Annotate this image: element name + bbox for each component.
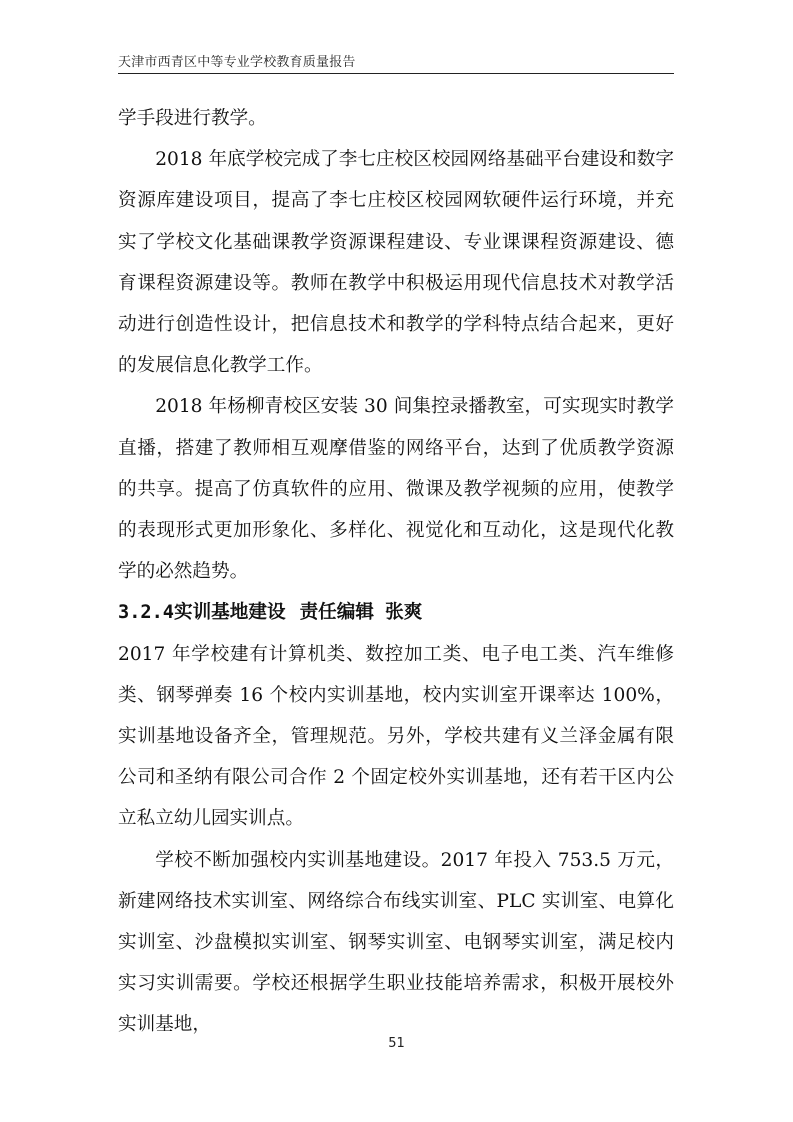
- running-header-title: 天津市西青区中等专业学校教育质量报告: [118, 51, 356, 70]
- section-title: 实训基地建设: [174, 602, 286, 623]
- section-heading: 3.2.4实训基地建设责任编辑 张爽: [118, 592, 674, 633]
- editor-label: 责任编辑: [300, 602, 374, 623]
- page-number: 51: [0, 1036, 793, 1051]
- paragraph-digital-resources: 2018 年底学校完成了李七庄校区校园网络基础平台建设和数字资源库建设项目，提高…: [118, 139, 674, 386]
- editor-name: 张爽: [385, 602, 422, 623]
- paragraph-continuation: 学手段进行教学。: [118, 98, 674, 139]
- paragraph-recording-classrooms: 2018 年杨柳青校区安装 30 间集控录播教室，可实现实时教学直播，搭建了教师…: [118, 386, 674, 592]
- paragraph-training-investment: 学校不断加强校内实训基地建设。2017 年投入 753.5 万元，新建网络技术实…: [118, 840, 674, 1046]
- section-number: 3.2.4: [118, 602, 174, 623]
- header-divider: [118, 73, 674, 74]
- paragraph-training-bases: 2017 年学校建有计算机类、数控加工类、电子电工类、汽车维修类、钢琴弹奏 16…: [118, 634, 674, 840]
- document-body: 学手段进行教学。 2018 年底学校完成了李七庄校区校园网络基础平台建设和数字资…: [118, 98, 674, 1046]
